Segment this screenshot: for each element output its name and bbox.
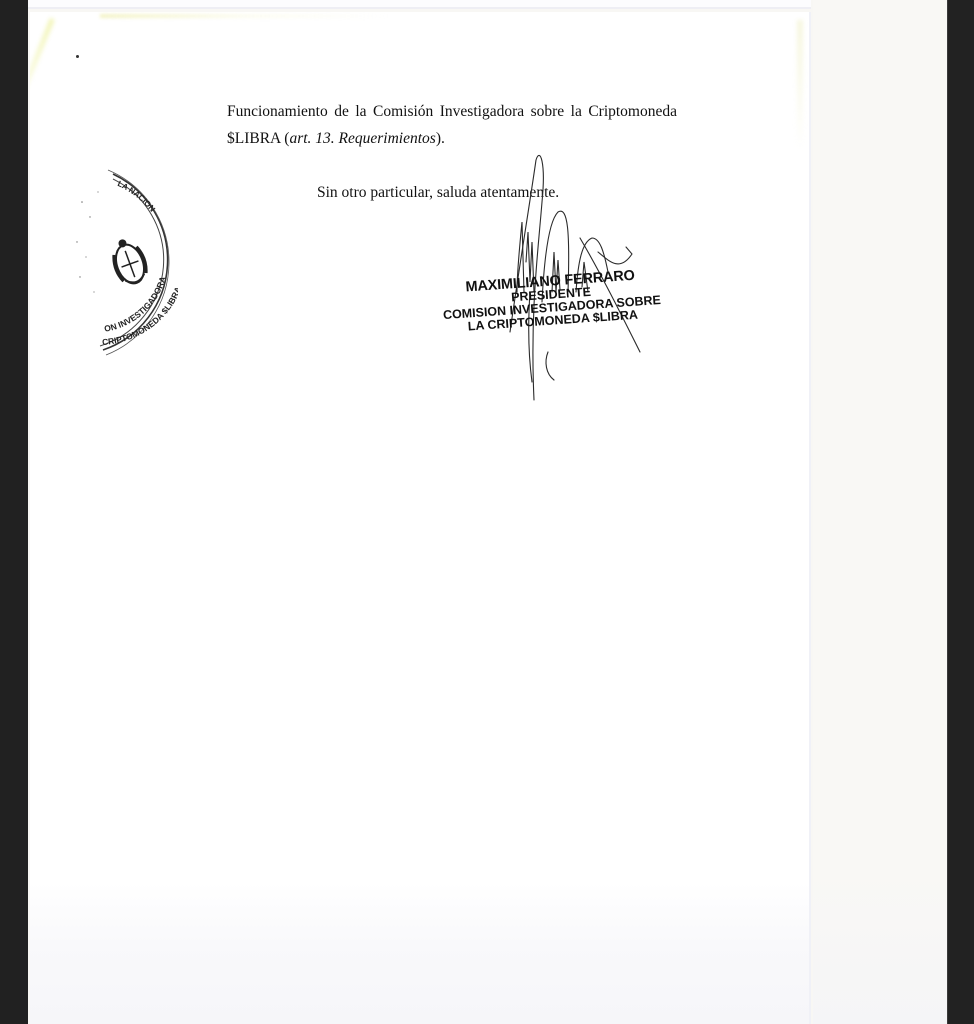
svg-text:LA NACION: LA NACION	[116, 179, 157, 214]
paragraph-reference: art. 13. Requerimientos	[289, 130, 435, 147]
paragraph-text: $LIBRA (	[227, 130, 289, 147]
official-stamp: LA NACION ON INVESTIGADORA CRIPTOMONEDA …	[68, 162, 178, 362]
scan-artifact	[100, 14, 390, 18]
coat-of-arms-icon	[107, 234, 151, 287]
previous-page-edge	[28, 0, 811, 9]
paragraph-line-1: Funcionamiento de la Comisión Investigad…	[227, 98, 677, 125]
viewer-scrollbar-track[interactable]	[947, 0, 974, 1024]
scan-artifact	[76, 55, 79, 58]
document-page: Funcionamiento de la Comisión Investigad…	[30, 12, 811, 1024]
paragraph-line-2: $LIBRA (art. 13. Requerimientos).	[227, 130, 445, 147]
paragraph-text: ).	[436, 130, 445, 147]
scan-artifact	[797, 20, 803, 150]
scan-artifact	[30, 18, 55, 122]
viewer-side-panel	[813, 0, 947, 1024]
viewer-left-margin	[0, 0, 28, 1024]
